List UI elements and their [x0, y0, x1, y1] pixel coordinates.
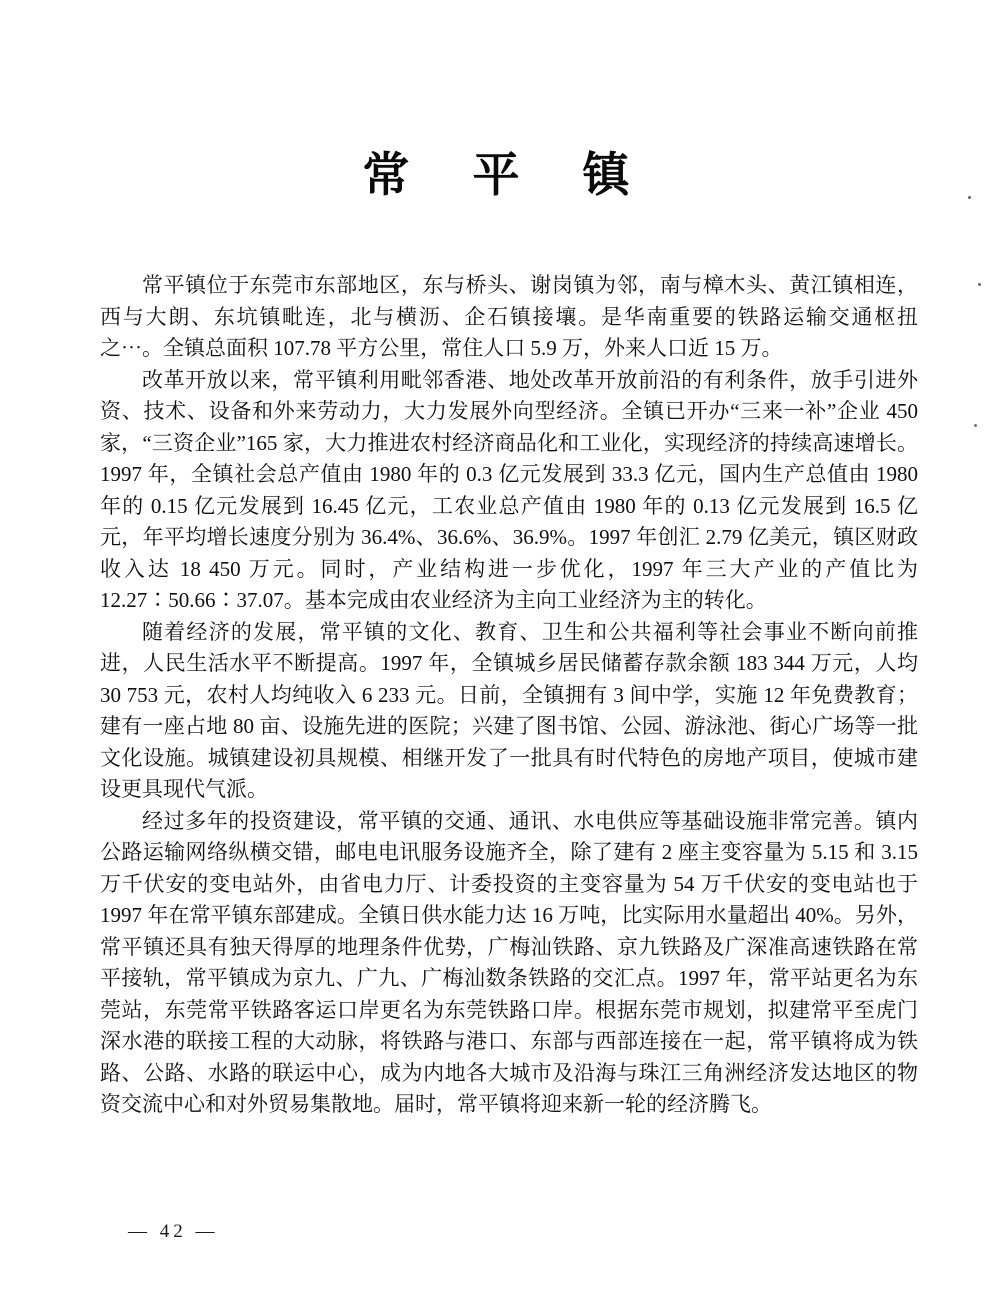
scanned-book-page: 常 平 镇 常平镇位于东莞市东部地区，东与桥头、谢岗镇为邻，南与樟木头、黄江镇相…	[0, 0, 1000, 1315]
scan-speck	[978, 283, 981, 286]
paragraph-infrastructure: 经过多年的投资建设，常平镇的交通、通讯、水电供应等基础设施非常完善。镇内公路运输…	[100, 806, 918, 1121]
paragraph-overview: 常平镇位于东莞市东部地区，东与桥头、谢岗镇为邻，南与樟木头、黄江镇相连，西与大朗…	[100, 270, 918, 365]
page-title: 常 平 镇	[0, 138, 1000, 205]
page-number: — 42 —	[128, 1221, 219, 1243]
paragraph-social-development: 随着经济的发展，常平镇的文化、教育、卫生和公共福利等社会事业不断向前推进，人民生…	[100, 617, 918, 806]
body-text: 常平镇位于东莞市东部地区，东与桥头、谢岗镇为邻，南与樟木头、黄江镇相连，西与大朗…	[100, 270, 918, 1121]
paragraph-economy: 改革开放以来，常平镇利用毗邻香港、地处改革开放前沿的有利条件，放手引进外资、技术…	[100, 365, 918, 617]
scan-speck	[968, 196, 971, 199]
scan-speck	[974, 424, 977, 427]
